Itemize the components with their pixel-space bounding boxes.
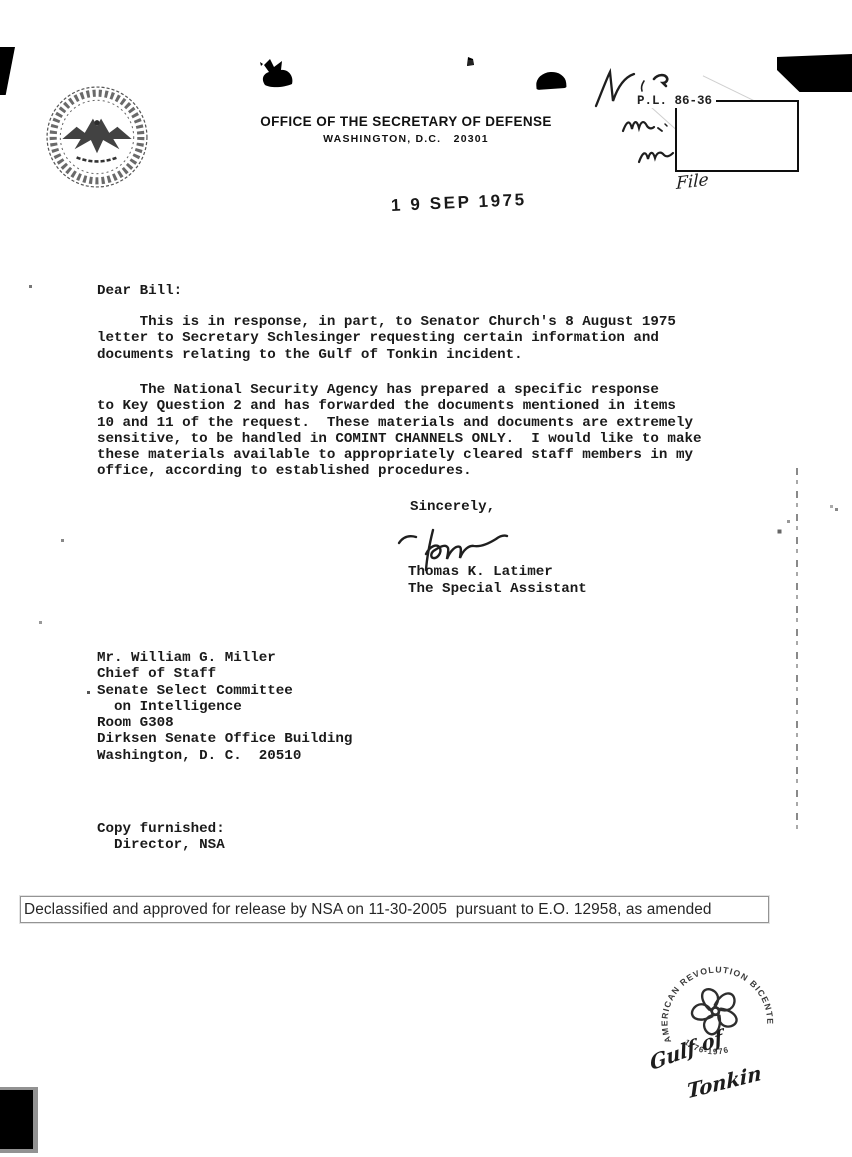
pl-86-36-note: P.L. 86-36 [637,94,716,108]
body-paragraph-2: The National Security Agency has prepare… [97,382,702,480]
ink-speck-icon [463,55,477,69]
closing: Sincerely, [410,499,495,515]
scan-corner-top-right-icon [777,54,852,92]
date-stamp: 1 9 SEP 1975 [391,190,528,216]
dod-seal-icon [46,84,148,190]
handwritten-scribble-ma-icon [620,110,670,138]
scan-margin-line [796,468,798,834]
scan-block-bottom-left-icon [0,1087,38,1153]
signer-name: Thomas K. Latimer [408,564,553,580]
signer-title: The Special Assistant [408,581,587,597]
letterhead-office-line: OFFICE OF THE SECRETARY OF DEFENSE [248,114,564,129]
letterhead-city-line: WASHINGTON, D.C. 20301 [248,133,564,145]
body-paragraph-1: This is in response, in part, to Senator… [97,314,676,363]
redaction-box [675,100,799,172]
scan-specks [0,0,1,1]
declassification-banner: Declassified and approved for release by… [20,896,769,923]
copy-furnished-block: Copy furnished: Director, NSA [97,821,225,854]
scanned-letter-page: OFFICE OF THE SECRETARY OF DEFENSE WASHI… [0,0,852,1157]
recipient-address-block: Mr. William G. Miller Chief of Staff Sen… [97,650,352,764]
letterhead: OFFICE OF THE SECRETARY OF DEFENSE WASHI… [248,114,564,145]
scan-wedge-top-left-icon [0,47,15,95]
handwritten-scribble-mn-icon [636,142,682,168]
salutation: Dear Bill: [97,283,182,299]
handwritten-file-note: File [676,170,709,194]
ink-blob-icon [257,56,297,92]
ink-dome-icon [535,71,566,90]
